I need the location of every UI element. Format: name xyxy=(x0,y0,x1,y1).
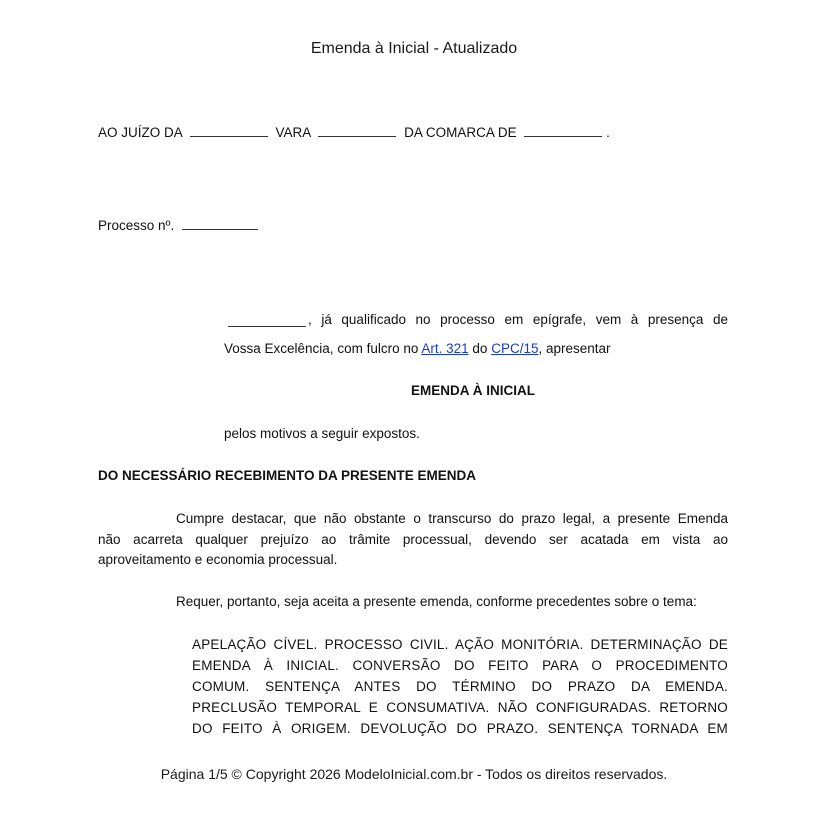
processo-blank xyxy=(182,229,258,230)
vara-blank xyxy=(318,136,396,137)
paragraph1-line1: Cumpre destacar, que não obstante o tran… xyxy=(176,511,728,526)
art-321-link[interactable]: Art. 321 xyxy=(421,341,468,356)
addressee-prefix: AO JUÍZO DA xyxy=(98,125,182,140)
quote-line: COMUM. SENTENÇA ANTES DO TÉRMINO DO PRAZ… xyxy=(192,676,728,697)
comarca-blank xyxy=(524,136,602,137)
quote-line: DO FEITO À ORIGEM. DEVOLUÇÃO DO PRAZO. S… xyxy=(192,718,728,739)
juizo-blank xyxy=(190,136,268,137)
processo-label: Processo nº. xyxy=(98,218,174,233)
party-blank xyxy=(228,326,306,327)
motives-text: pelos motivos a seguir expostos. xyxy=(224,426,420,441)
addressee-vara: VARA xyxy=(276,125,311,140)
cpc-15-link[interactable]: CPC/15 xyxy=(491,341,538,356)
document-title: Emenda à Inicial - Atualizado xyxy=(0,40,828,58)
quote-line: APELAÇÃO CÍVEL. PROCESSO CIVIL. AÇÃO MON… xyxy=(192,634,728,655)
processo-line: Processo nº. xyxy=(98,218,258,233)
quote-line: EMENDA À INICIAL. CONVERSÃO DO FEITO PAR… xyxy=(192,655,728,676)
addressee-comarca: DA COMARCA DE xyxy=(404,125,517,140)
section-heading: DO NECESSÁRIO RECEBIMENTO DA PRESENTE EM… xyxy=(98,468,476,483)
addressee-line: AO JUÍZO DA VARA DA COMARCA DE . xyxy=(98,125,610,140)
intro-line-2-end: , apresentar xyxy=(539,341,611,356)
page-footer: Página 1/5 © Copyright 2026 ModeloInicia… xyxy=(0,766,828,782)
addressee-end: . xyxy=(606,125,610,140)
paragraph1-line3: aproveitamento e economia processual. xyxy=(98,552,337,567)
intro-line-2: Vossa Excelência, com fulcro no Art. 321… xyxy=(224,341,611,356)
document-heading: EMENDA À INICIAL xyxy=(411,383,535,398)
intro-between: do xyxy=(472,341,487,356)
intro-line-2-start: Vossa Excelência, com fulcro no xyxy=(224,341,418,356)
intro-line-1-text: , já qualificado no processo em epígrafe… xyxy=(308,312,728,327)
jurisprudence-quote: APELAÇÃO CÍVEL. PROCESSO CIVIL. AÇÃO MON… xyxy=(192,634,728,739)
paragraph2: Requer, portanto, seja aceita a presente… xyxy=(176,594,697,609)
intro-line-1: , já qualificado no processo em epígrafe… xyxy=(228,312,728,327)
paragraph1-line2: não acarreta qualquer prejuízo ao trâmit… xyxy=(98,532,728,547)
quote-line: PRECLUSÃO TEMPORAL E CONSUMATIVA. NÃO CO… xyxy=(192,697,728,718)
